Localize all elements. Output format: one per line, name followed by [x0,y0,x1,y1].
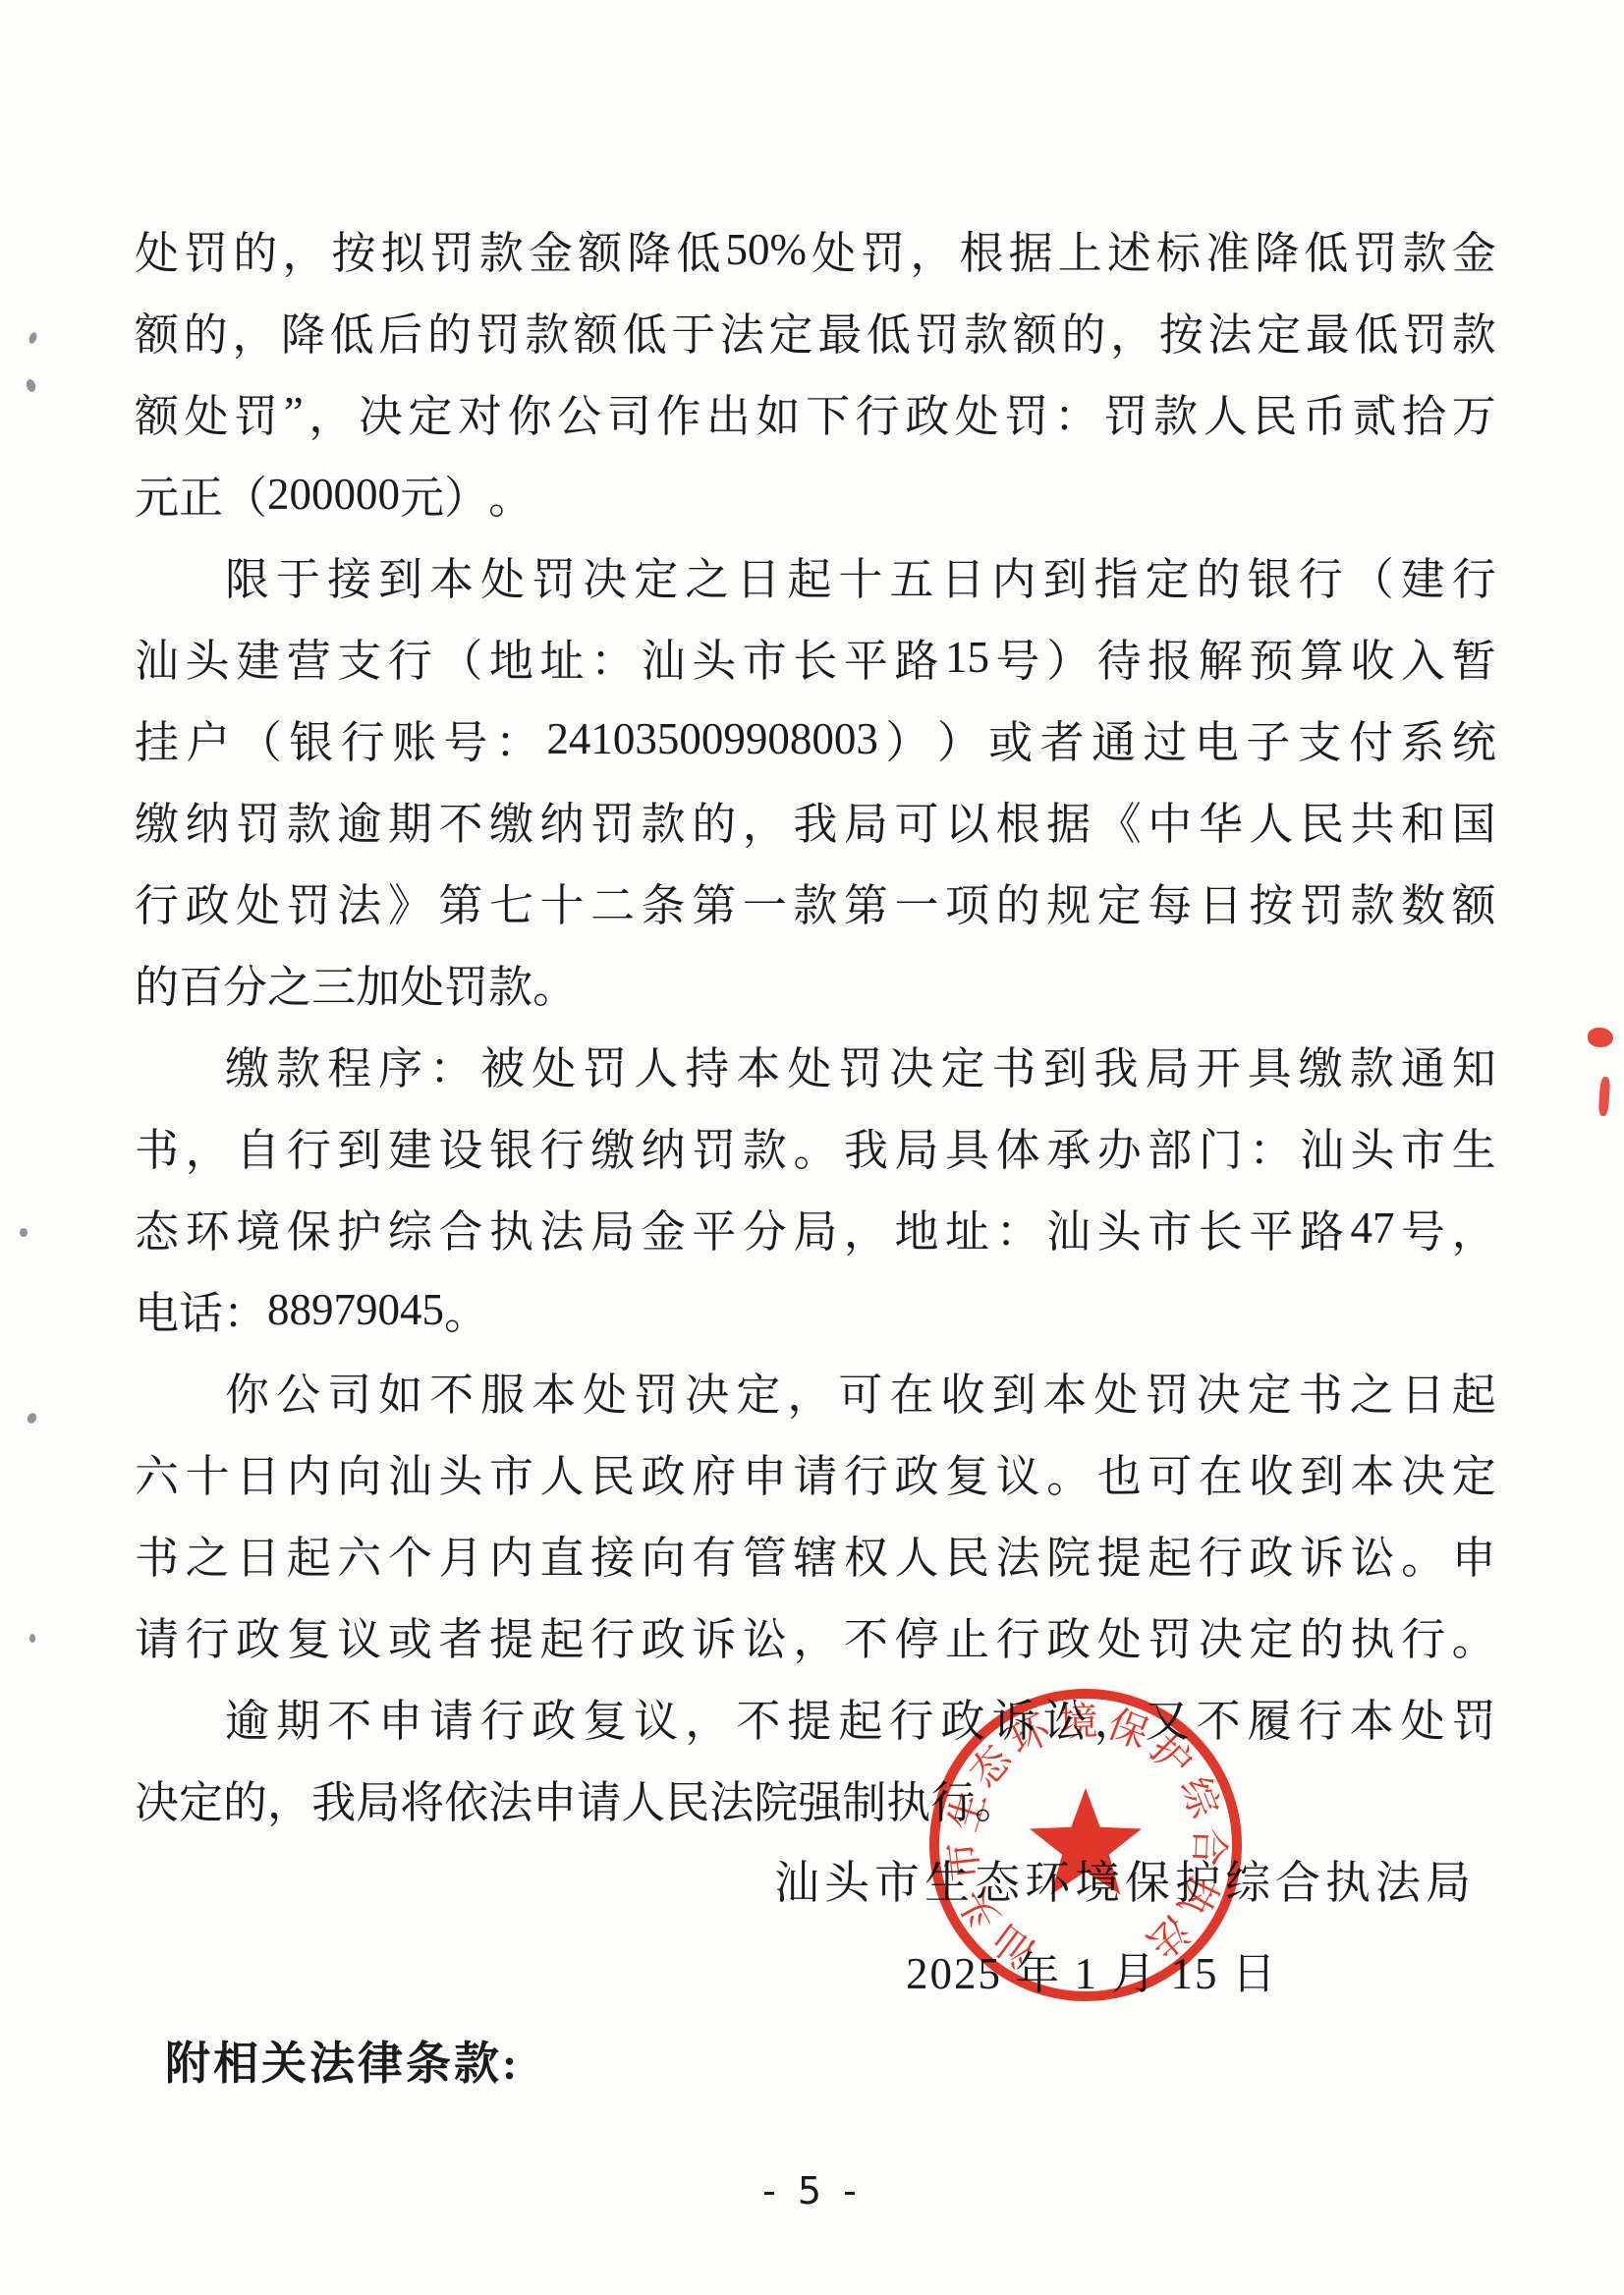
document-line: 请行政复议或者提起行政诉讼，不停止行政处罚决定的执行。 [135,1595,1496,1676]
document-line: 额的，降低后的罚款额低于法定最低罚款额的，按法定最低罚款 [135,290,1496,371]
document-line: 限于接到本处罚决定之日起十五日内到指定的银行（建行 [135,534,1496,616]
scan-artifact [20,1228,28,1237]
scan-artifact-red [1588,1028,1613,1047]
document-line: 元正（200000元）。 [135,453,1496,534]
document-line: 态环境保护综合执法局金平分局，地址：汕头市长平路47号， [135,1187,1496,1268]
document-line: 挂户（银行账号：241035009908003））或者通过电子支付系统 [135,698,1496,779]
document-line: 六十日内向汕头市人民政府申请行政复议。也可在收到本决定 [135,1431,1496,1513]
attachment-heading: 附相关法律条款: [165,2028,520,2093]
document-line: 缴纳罚款逾期不缴纳罚款的，我局可以根据《中华人民共和国 [135,779,1496,861]
document-line: 处罚的，按拟罚款金额降低50%处罚，根据上述标准降低罚款金 [135,208,1496,290]
document-line: 额处罚”，决定对你公司作出如下行政处罚：罚款人民币贰拾万 [135,371,1496,453]
scan-artifact [26,1411,38,1425]
document-line: 汕头建营支行（地址：汕头市长平路15号）待报解预算收入暂 [135,616,1496,698]
official-stamp: 汕头市生态环境保护综合执法局 [909,1668,1262,2022]
scan-artifact [25,378,36,393]
page-number: - 5 - [0,2169,1624,2212]
document-line: 行政处罚法》第七十二条第一款第一项的规定每日按罚款数额 [135,861,1496,942]
document-line: 缴款程序：被处罚人持本处罚决定书到我局开具缴款通知 [135,1024,1496,1105]
document-line: 决定的，我局将依法申请人民法院强制执行。 [135,1758,1496,1839]
scan-artifact [28,331,38,345]
document-line: 的百分之三加处罚款。 [135,942,1496,1024]
stamp-svg: 汕头市生态环境保护综合执法局 [909,1668,1262,2022]
document-body: 处罚的，按拟罚款金额降低50%处罚，根据上述标准降低罚款金额的，降低后的罚款额低… [135,208,1496,1839]
stamp-star-icon [1030,1788,1142,1895]
document-page: 处罚的，按拟罚款金额降低50%处罚，根据上述标准降低罚款金额的，降低后的罚款额低… [0,0,1624,2295]
document-line: 书，自行到建设银行缴纳罚款。我局具体承办部门：汕头市生 [135,1105,1496,1187]
document-line: 书之日起六个月内直接向有管辖权人民法院提起行政诉讼。申 [135,1513,1496,1595]
document-line: 电话：88979045。 [135,1268,1496,1350]
document-line: 你公司如不服本处罚决定，可在收到本处罚决定书之日起 [135,1350,1496,1431]
scan-artifact [29,1634,35,1643]
document-line: 逾期不申请行政复议，不提起行政诉讼，又不履行本处罚 [135,1676,1496,1758]
scan-artifact-red [1598,1077,1611,1117]
